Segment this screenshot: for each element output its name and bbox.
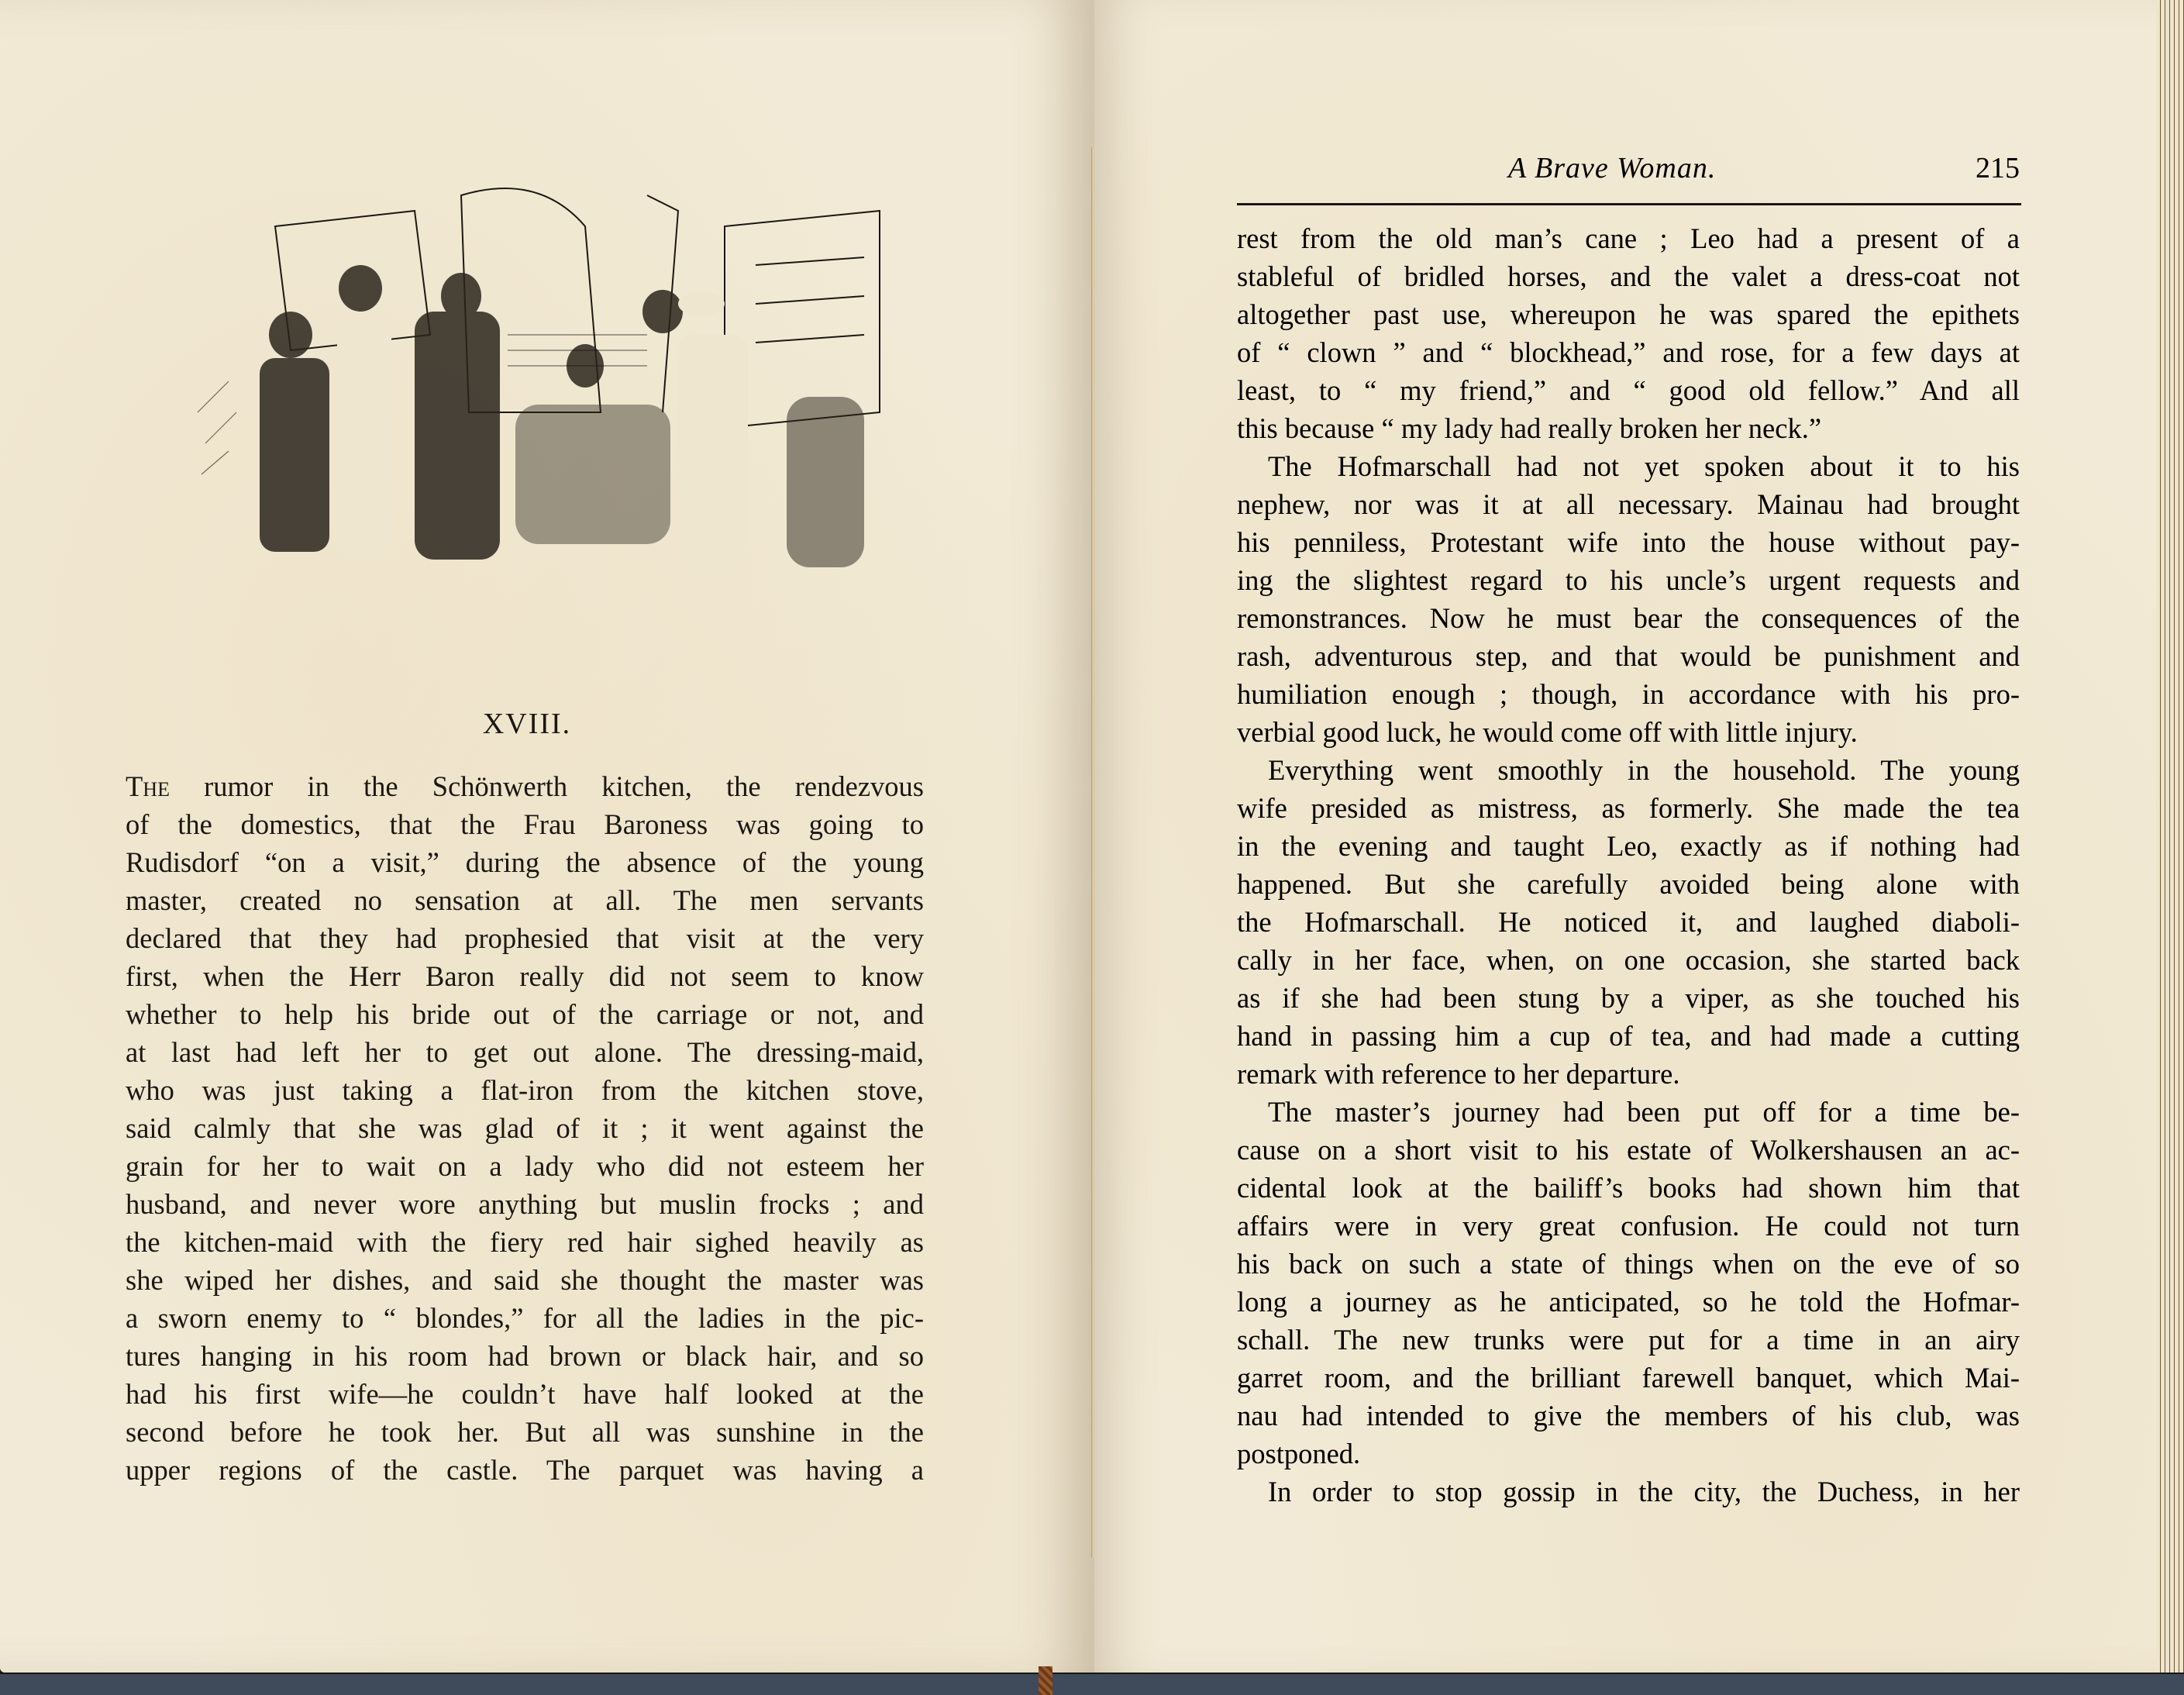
text-line: the Hofmarschall. He noticed it, and lau… [1237,903,2020,941]
text-line: said calmly that she was glad of it ; it… [126,1109,924,1147]
text-line: upper regions of the castle. The parquet… [126,1451,924,1489]
line-text: Everything went smoothly in the househol… [1268,754,2020,786]
text-line: happened. But she carefully avoided bein… [1237,865,2020,903]
line-text: hand in passing him a cup of tea, and ha… [1237,1020,2020,1052]
text-line: cidental look at the bailiff’s books had… [1237,1169,2020,1207]
text-line: first, when the Herr Baron really did no… [126,957,924,995]
text-line: tures hanging in his room had brown or b… [126,1337,924,1375]
line-text: said calmly that she was glad of it ; it… [126,1112,924,1144]
line-text: tures hanging in his room had brown or b… [126,1340,924,1372]
line-text: postponed. [1237,1438,1360,1469]
line-text: ing the slightest regard to his uncle’s … [1237,564,2020,596]
left-page-text: The rumor in the Schönwerth kitchen, the… [126,767,924,1489]
text-line: cause on a short visit to his estate of … [1237,1131,2020,1169]
text-line: husband, and never wore anything but mus… [126,1185,924,1223]
text-line: least, to “ my friend,” and “ good old f… [1237,371,2020,409]
line-text: master, created no sensation at all. The… [126,884,924,916]
text-line: had his first wife—he couldn’t have half… [126,1375,924,1413]
text-line: declared that they had prophesied that v… [126,919,924,957]
text-line: at last had left her to get out alone. T… [126,1033,924,1071]
line-text: the Hofmarschall. He noticed it, and lau… [1237,906,2020,938]
text-line: the kitchen-maid with the fiery red hair… [126,1223,924,1261]
text-line: garret room, and the brilliant farewell … [1237,1359,2020,1397]
text-line: The Hofmarschall had not yet spoken abou… [1237,447,2020,485]
line-text: Rudisdorf “on a visit,” during the absen… [126,846,924,878]
text-line: this because “ my lady had really broken… [1237,409,2020,447]
text-line: a sworn enemy to “ blondes,” for all the… [126,1299,924,1337]
line-text: had his first wife—he couldn’t have half… [126,1378,924,1410]
line-text: whether to help his bride out of the car… [126,998,924,1030]
line-text: grain for her to wait on a lady who did … [126,1150,924,1182]
text-line: Rudisdorf “on a visit,” during the absen… [126,843,924,881]
line-text: of “ clown ” and “ blockhead,” and rose,… [1237,336,2020,368]
page-edges [2156,0,2184,1673]
text-line: In order to stop gossip in the city, the… [1237,1473,2020,1511]
text-line: The master’s journey had been put off fo… [1237,1093,2020,1131]
text-line: altogether past use, whereupon he was sp… [1237,295,2020,333]
right-page-text: rest from the old man’s cane ; Leo had a… [1237,219,2020,1511]
text-line: grain for her to wait on a lady who did … [126,1147,924,1185]
text-line: of “ clown ” and “ blockhead,” and rose,… [1237,333,2020,371]
line-text: his back on such a state of things when … [1237,1248,2020,1280]
text-line: verbial good luck, he would come off wit… [1237,713,2020,751]
line-text: as if she had been stung by a viper, as … [1237,982,2020,1014]
drop-word: The [126,770,170,802]
line-text: verbial good luck, he would come off wit… [1237,716,1858,748]
line-text: upper regions of the castle. The parquet… [126,1454,924,1486]
text-line: his back on such a state of things when … [1237,1245,2020,1283]
text-line: of the domestics, that the Frau Baroness… [126,805,924,843]
line-text: least, to “ my friend,” and “ good old f… [1237,374,2020,406]
line-text: of the domestics, that the Frau Baroness… [126,808,924,840]
line-text: the kitchen-maid with the fiery red hair… [126,1226,924,1258]
text-line: schall. The new trunks were put for a ti… [1237,1321,2020,1359]
kitchen-illustration [182,180,895,598]
line-text: rest from the old man’s cane ; Leo had a… [1237,222,2020,254]
text-line: master, created no sensation at all. The… [126,881,924,919]
line-text: rumor in the Schönwerth kitchen, the ren… [170,770,924,802]
line-text: nau had intended to give the members of … [1237,1400,2020,1431]
text-line: The rumor in the Schönwerth kitchen, the… [126,767,924,805]
line-text: garret room, and the brilliant farewell … [1237,1362,2020,1394]
text-line: hand in passing him a cup of tea, and ha… [1237,1017,2020,1055]
line-text: rash, adventurous step, and that would b… [1237,640,2020,672]
line-text: long a journey as he anticipated, so he … [1237,1286,2020,1318]
line-text: who was just taking a flat-iron from the… [126,1074,924,1106]
line-text: nephew, nor was it at all necessary. Mai… [1237,488,2020,520]
line-text: In order to stop gossip in the city, the… [1268,1476,2020,1507]
text-line: affairs were in very great confusion. He… [1237,1207,2020,1245]
text-line: as if she had been stung by a viper, as … [1237,979,2020,1017]
page-number: 215 [1976,151,2020,185]
line-text: happened. But she carefully avoided bein… [1237,868,2020,900]
line-text: his penniless, Protestant wife into the … [1237,526,2020,558]
line-text: remark with reference to her departure. [1237,1058,1680,1090]
text-line: postponed. [1237,1435,2020,1473]
text-line: who was just taking a flat-iron from the… [126,1071,924,1109]
line-text: cidental look at the bailiff’s books had… [1237,1172,2020,1204]
line-text: The Hofmarschall had not yet spoken abou… [1268,450,2020,482]
running-header: A Brave Woman. 215 [1237,151,2020,190]
running-title: A Brave Woman. [1508,151,1716,185]
line-text: cause on a short visit to his estate of … [1237,1134,2020,1166]
line-text: declared that they had prophesied that v… [126,922,924,954]
text-line: cally in her face, when, on one occasion… [1237,941,2020,979]
chapter-heading: XVIII. [0,707,1054,741]
text-line: second before he took her. But all was s… [126,1413,924,1451]
text-line: his penniless, Protestant wife into the … [1237,523,2020,561]
line-text: wife presided as mistress, as formerly. … [1237,792,2020,824]
line-text: stableful of bridled horses, and the val… [1237,260,2020,292]
line-text: this because “ my lady had really broken… [1237,412,1821,444]
text-line: rash, adventurous step, and that would b… [1237,637,2020,675]
line-text: second before he took her. But all was s… [126,1416,924,1448]
header-rule [1237,203,2021,205]
line-text: she wiped her dishes, and said she thoug… [126,1264,924,1296]
text-line: ing the slightest regard to his uncle’s … [1237,561,2020,599]
text-line: Everything went smoothly in the househol… [1237,751,2020,789]
ribbon-bookmark[interactable] [1039,1666,1052,1695]
text-line: whether to help his bride out of the car… [126,995,924,1033]
line-text: altogether past use, whereupon he was sp… [1237,298,2020,330]
text-line: long a journey as he anticipated, so he … [1237,1283,2020,1321]
line-text: schall. The new trunks were put for a ti… [1237,1324,2020,1356]
left-page: XVIII. The rumor in the Schönwerth kitch… [0,0,1094,1673]
line-text: affairs were in very great confusion. He… [1237,1210,2020,1242]
open-book: XVIII. The rumor in the Schönwerth kitch… [0,0,2184,1674]
line-text: in the evening and taught Leo, exactly a… [1237,830,2020,862]
text-line: stableful of bridled horses, and the val… [1237,257,2020,295]
text-line: she wiped her dishes, and said she thoug… [126,1261,924,1299]
text-line: remonstrances. Now he must bear the cons… [1237,599,2020,637]
text-line: wife presided as mistress, as formerly. … [1237,789,2020,827]
line-text: remonstrances. Now he must bear the cons… [1237,602,2020,634]
line-text: a sworn enemy to “ blondes,” for all the… [126,1302,924,1334]
line-text: humiliation enough ; though, in accordan… [1237,678,2020,710]
line-text: husband, and never wore anything but mus… [126,1188,924,1220]
line-text: The master’s journey had been put off fo… [1268,1096,2020,1128]
line-text: at last had left her to get out alone. T… [126,1036,924,1068]
line-text: first, when the Herr Baron really did no… [126,960,924,992]
text-line: remark with reference to her departure. [1237,1055,2020,1093]
gutter-fold [1091,147,1094,1558]
line-text: cally in her face, when, on one occasion… [1237,944,2020,976]
text-line: rest from the old man’s cane ; Leo had a… [1237,219,2020,257]
text-line: in the evening and taught Leo, exactly a… [1237,827,2020,865]
text-line: nephew, nor was it at all necessary. Mai… [1237,485,2020,523]
text-line: nau had intended to give the members of … [1237,1397,2020,1435]
text-line: humiliation enough ; though, in accordan… [1237,675,2020,713]
